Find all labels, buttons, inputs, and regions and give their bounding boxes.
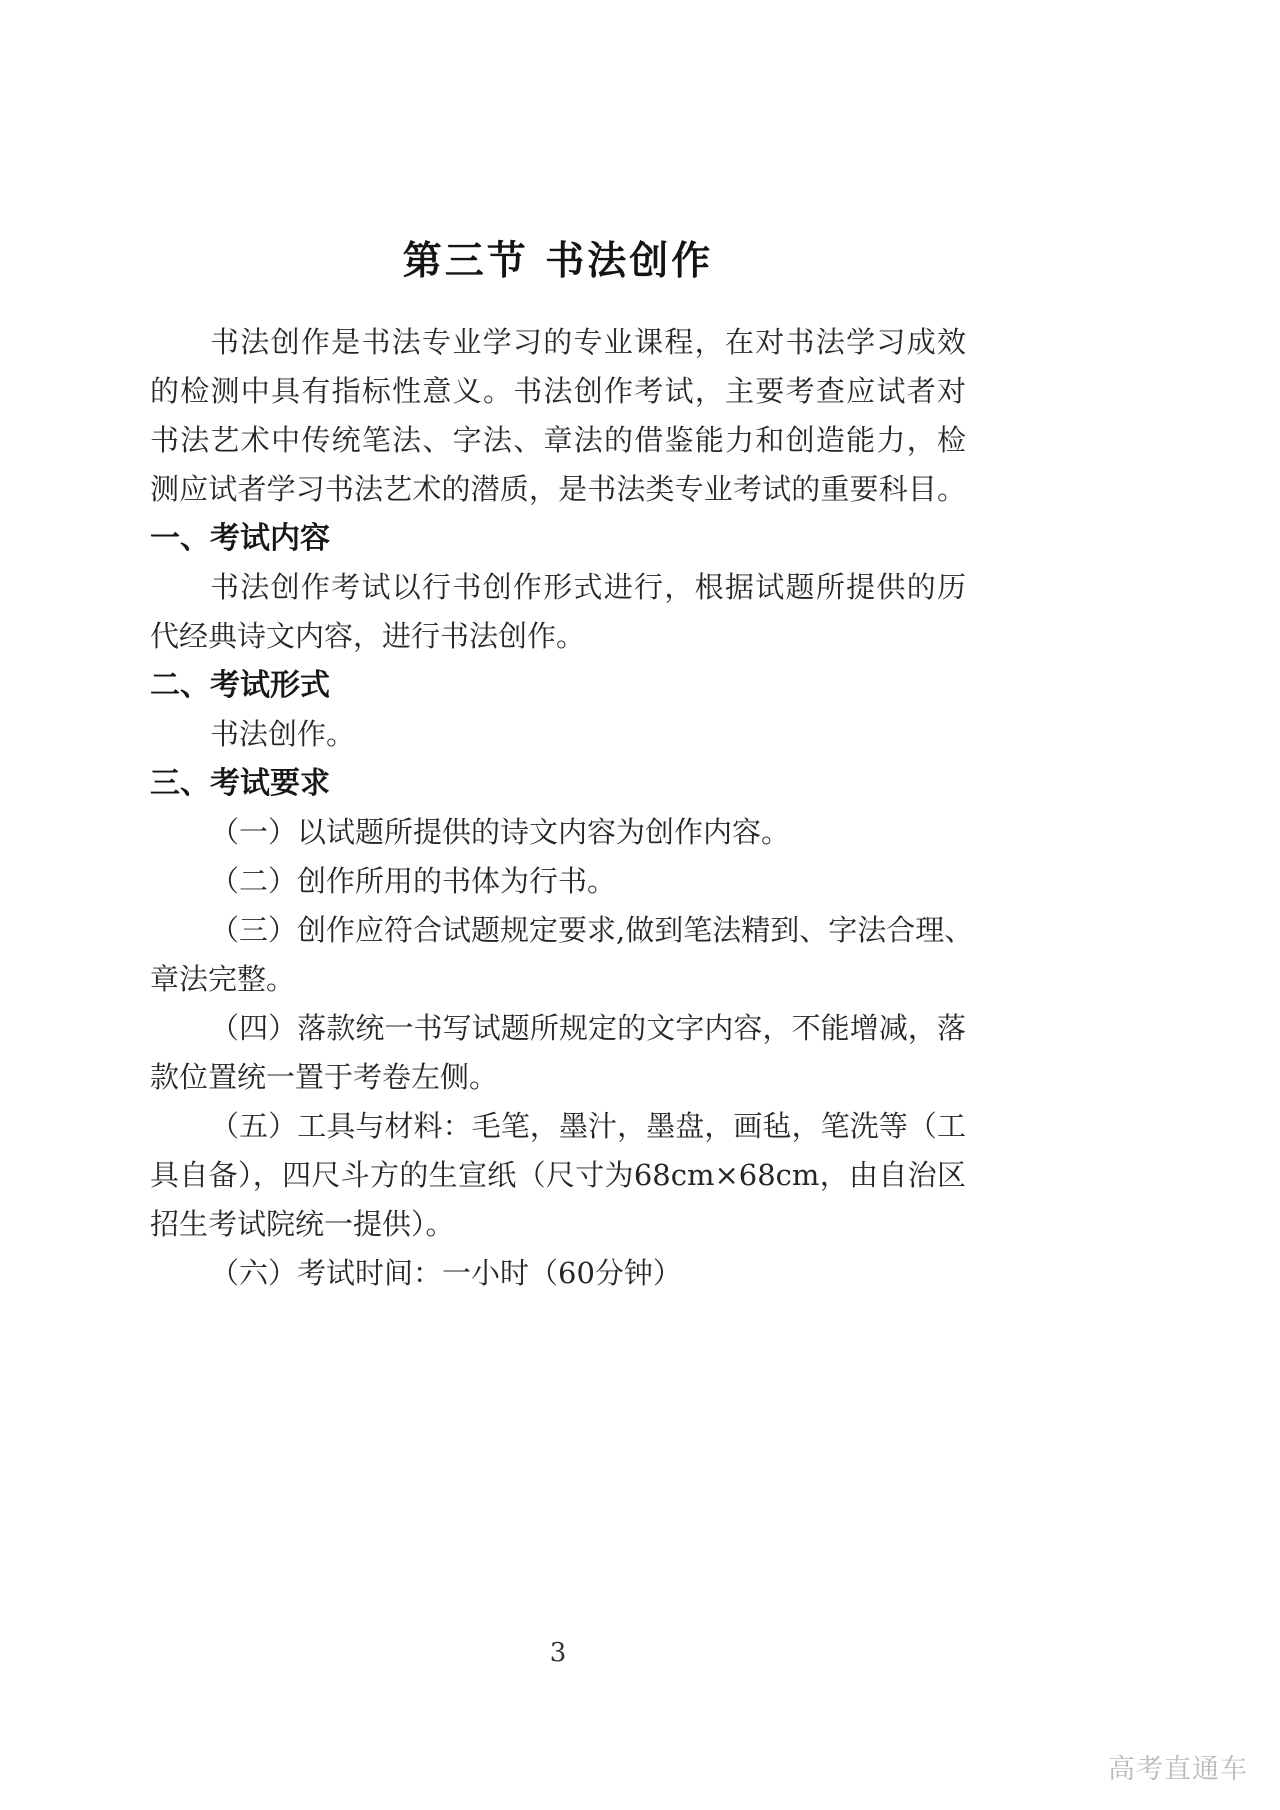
requirement-item-4-line: （四）落款统一书写试题所规定的文字内容，不能增减，落 <box>150 1004 966 1053</box>
section-heading-exam-content: 一、考试内容 <box>150 514 966 563</box>
requirement-item-5-line: 招生考试院统一提供）。 <box>150 1200 966 1249</box>
document-body: 书法创作是书法专业学习的专业课程，在对书法学习成效 的检测中具有指标性意义。书法… <box>150 318 966 1298</box>
requirement-item-2: （二）创作所用的书体为行书。 <box>150 857 966 906</box>
section1-line: 代经典诗文内容，进行书法创作。 <box>150 612 966 661</box>
requirement-item-3-line: 章法完整。 <box>150 955 966 1004</box>
intro-line: 测应试者学习书法艺术的潜质，是书法类专业考试的重要科目。 <box>150 465 966 514</box>
requirement-item-4-line: 款位置统一置于考卷左侧。 <box>150 1053 966 1102</box>
intro-line: 书法艺术中传统笔法、字法、章法的借鉴能力和创造能力，检 <box>150 416 966 465</box>
requirement-item-3-line: （三）创作应符合试题规定要求,做到笔法精到、字法合理、 <box>150 906 966 955</box>
section1-line: 书法创作考试以行书创作形式进行，根据试题所提供的历 <box>150 563 966 612</box>
requirement-item-1: （一）以试题所提供的诗文内容为创作内容。 <box>150 808 966 857</box>
requirement-item-5-line: （五）工具与材料：毛笔，墨汁，墨盘，画毡，笔洗等（工 <box>150 1102 966 1151</box>
section2-line: 书法创作。 <box>150 710 966 759</box>
section-heading-exam-format: 二、考试形式 <box>150 661 966 710</box>
requirement-item-6: （六）考试时间：一小时（60分钟） <box>150 1249 966 1298</box>
page-number: 3 <box>150 1638 966 1668</box>
watermark-text: 高考直通车 <box>1108 1747 1248 1786</box>
requirement-item-5-line: 具自备），四尺斗方的生宣纸（尺寸为68cm×68cm，由自治区 <box>150 1151 966 1200</box>
intro-line: 书法创作是书法专业学习的专业课程，在对书法学习成效 <box>150 318 966 367</box>
document-page: 第三节 书法创作 书法创作是书法专业学习的专业课程，在对书法学习成效 的检测中具… <box>0 0 1280 1810</box>
intro-line: 的检测中具有指标性意义。书法创作考试，主要考查应试者对 <box>150 367 966 416</box>
section-heading-exam-requirements: 三、考试要求 <box>150 759 966 808</box>
document-title: 第三节 书法创作 <box>150 236 966 288</box>
